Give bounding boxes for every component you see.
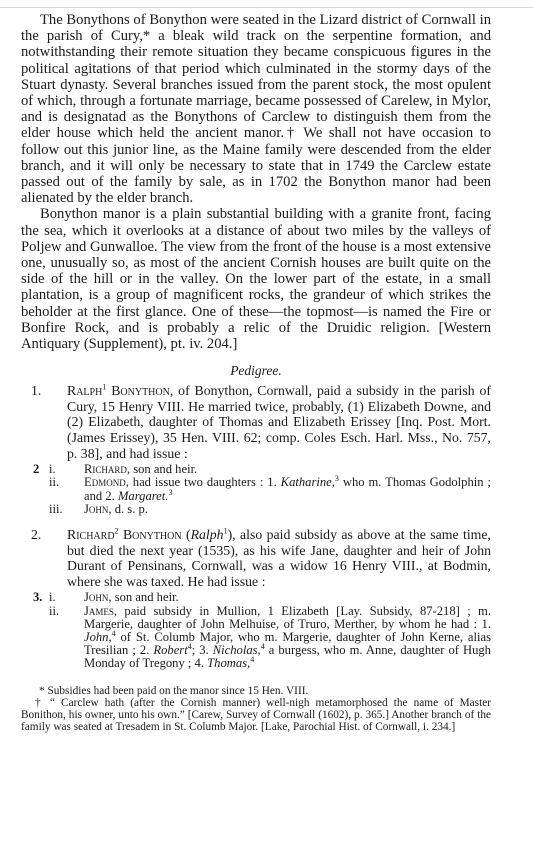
child-roman: ii. [49,605,59,618]
son-name: Thomas, [207,656,250,670]
parent-name: Ralph [191,527,224,542]
entry-number: 2. [31,527,67,543]
pedigree-entry-1: 1.Ralph1 Bonython, of Bonython, Cornwall… [21,383,491,461]
person-surname: Bonython [123,527,182,542]
entry-number: 1. [31,383,67,399]
child-generation: 3. [33,591,42,604]
person-name: Ralph [67,383,102,398]
son-name: John, [84,630,112,644]
child-roman: i. [49,591,56,604]
generation-sup: 4 [250,655,254,664]
child-item: ii. James, paid subsidy in Mullion, 1 El… [21,605,491,671]
generation-sup: 3 [168,487,172,496]
intro-paragraph-2: Bonython manor is a plain substantial bu… [21,206,491,352]
intro-paragraph-1: The Bonythons of Bonython were seated in… [21,12,491,206]
child-text: , paid subsidy in Mullion, 1 Elizabeth [… [84,604,491,631]
child-roman: iii. [49,503,63,516]
daughter-name: Margaret. [118,489,169,503]
children-list-1: 2 i. Richard, son and heir. ii. Edmond, … [21,463,491,516]
footnotes: * Subsidies had been paid on the manor s… [21,685,491,734]
child-name: John [84,590,108,604]
child-item: ii. Edmond, had issue two daughters : 1.… [21,476,491,502]
person-name: Richard [67,527,115,542]
generation-sup: 1 [102,383,106,392]
children-list-2: 3. i. John, son and heir. ii. James, pai… [21,591,491,670]
child-roman: ii. [49,476,59,489]
pedigree-entry-2: 2.Richard2 Bonython (Ralph1), also paid … [21,527,491,589]
child-generation: 2 [33,463,39,476]
child-name: John [84,502,108,516]
child-name: James [84,604,114,618]
footnote-dagger: † “ Carclew hath (after the Cornish mann… [21,697,491,734]
document-page: The Bonythons of Bonython were seated in… [21,12,491,733]
pedigree-heading: Pedigree. [21,363,491,379]
child-item: iii. John, d. s. p. [21,503,491,516]
child-text: , d. s. p. [108,502,148,516]
child-text: , son and heir. [108,590,178,604]
daughter-name: Katharine, [281,475,335,489]
footnote-star: * Subsidies had been paid on the manor s… [27,685,491,697]
top-rule [0,7,533,8]
child-text: , had issue two daughters : 1. [126,475,281,489]
person-surname: Bonython [111,383,170,398]
child-name: Edmond [84,475,126,489]
generation-sup: 2 [115,526,119,535]
